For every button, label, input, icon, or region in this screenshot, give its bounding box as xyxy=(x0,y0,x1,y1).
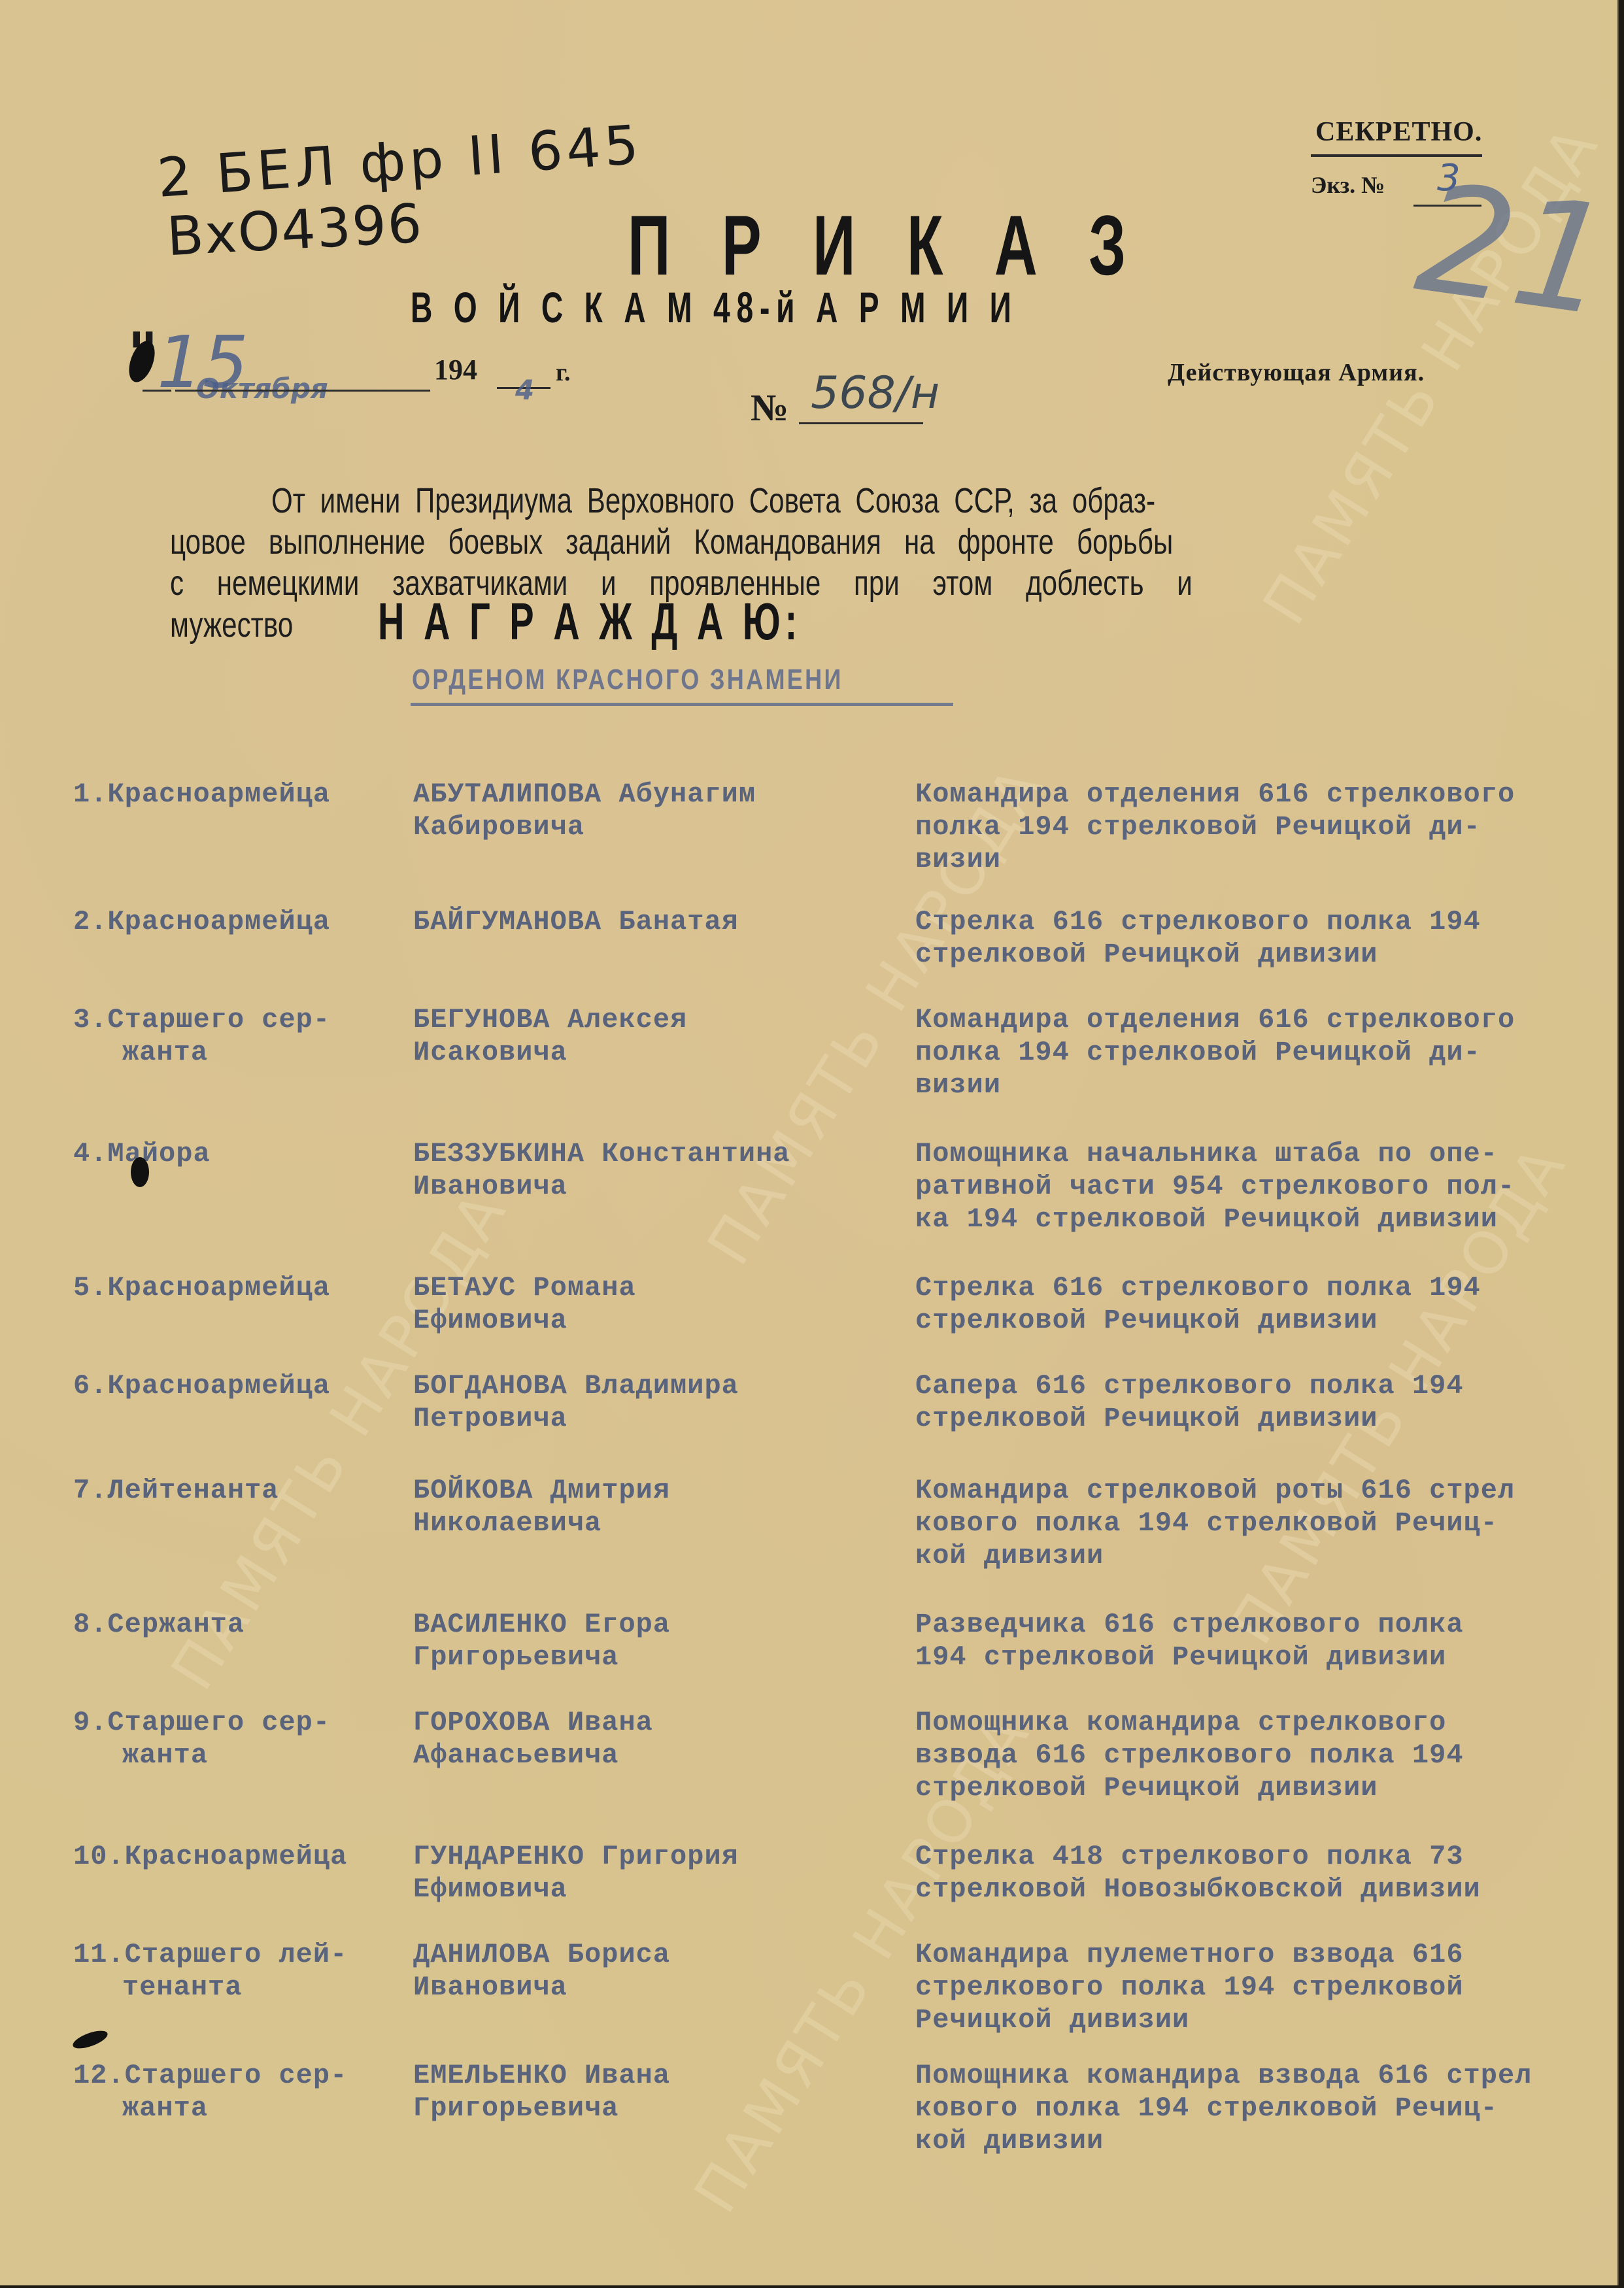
entry-rank-cell: 6.Красноармейца xyxy=(73,1370,330,1402)
entry-name-line: ГУНДАРЕНКО Григория xyxy=(413,1840,739,1873)
entry-name-line: ЕМЕЛЬЕНКО Ивана xyxy=(413,2059,670,2092)
entry-name-line: БАЙГУМАНОВА Банатая xyxy=(413,905,739,938)
entry-rank: Лейтенанта xyxy=(107,1475,279,1506)
entry-position-line: полка 194 стрелковой Речицкой ди- xyxy=(915,811,1515,843)
entry-rank-cell: 11.Старшего лей-тенанта xyxy=(73,1938,347,2004)
entry-number: 8. xyxy=(73,1609,107,1640)
order-number-underline xyxy=(799,422,923,424)
entry-name-line: БЕЗЗУБКИНА Константина xyxy=(413,1137,790,1170)
entry-name: ЕМЕЛЬЕНКО ИванаГригорьевича xyxy=(413,2059,670,2125)
entry-name-line: Николаевича xyxy=(413,1507,670,1539)
entry-name: АБУТАЛИПОВА АбунагимКабировича xyxy=(413,778,756,843)
entry-position: Стрелка 616 стрелкового полка 194стрелко… xyxy=(915,905,1481,971)
entry-rank: Старшего сер- xyxy=(107,1707,330,1738)
entry-position: Командира отделения 616 стрелковогополка… xyxy=(915,778,1515,876)
entry-position-line: кой дивизии xyxy=(915,1539,1515,1572)
entry-name: БОЙКОВА ДмитрияНиколаевича xyxy=(413,1474,670,1539)
date-year-prefix: 194 xyxy=(434,353,477,386)
entry-position-line: Командира стрелковой роты 616 стрел xyxy=(915,1474,1515,1507)
preamble: От имени Президиума Верховного Совета Со… xyxy=(170,480,1491,650)
entry-position: Помощника начальника штаба по опе-ративн… xyxy=(915,1137,1515,1236)
entry-rank: Сержанта xyxy=(107,1609,245,1640)
entry-rank-cell: 3.Старшего сер-жанта xyxy=(73,1003,330,1069)
entry-position-line: Помощника начальника штаба по опе- xyxy=(915,1137,1515,1170)
entry-position-line: Помощника командира стрелкового xyxy=(915,1706,1464,1739)
margin-mark: 21 xyxy=(1408,151,1621,350)
entry-position: Командира стрелковой роты 616 стрелковог… xyxy=(915,1474,1515,1572)
entry-position-line: визии xyxy=(915,843,1515,876)
entry-position-line: стрелковой Речицкой дивизии xyxy=(915,1304,1481,1337)
award-heading-underline xyxy=(411,703,953,706)
entry-number: 11. xyxy=(73,1939,125,1970)
entry-name-line: Ивановича xyxy=(413,1170,790,1203)
entry-name-line: БОГДАНОВА Владимира xyxy=(413,1370,739,1402)
entry-name: ДАНИЛОВА БорисаИвановича xyxy=(413,1938,670,2004)
entry-name: БЕЗЗУБКИНА КонстантинаИвановича xyxy=(413,1137,790,1203)
entry-position-line: Речицкой дивизии xyxy=(915,2004,1464,2036)
entry-rank: Старшего сер- xyxy=(125,2060,348,2091)
entry-rank-cell: 8.Сержанта xyxy=(73,1608,245,1641)
entry-name: БАЙГУМАНОВА Банатая xyxy=(413,905,739,938)
punch-hole xyxy=(131,1157,149,1187)
entry-rank: Старшего лей- xyxy=(125,1939,348,1970)
copy-label: Экз. № xyxy=(1311,171,1385,199)
entry-number: 3. xyxy=(73,1004,107,1035)
preamble-line-2: цовое выполнение боевых заданий Командов… xyxy=(170,522,1173,562)
entry-position-line: ка 194 стрелковой Речицкой дивизии xyxy=(915,1203,1515,1236)
entry-position-line: Стрелка 616 стрелкового полка 194 xyxy=(915,905,1481,938)
entry-position: Помощника командира взвода 616 стрелково… xyxy=(915,2059,1532,2157)
entry-rank-continuation: жанта xyxy=(73,1036,330,1069)
entry-name-line: Ефимовича xyxy=(413,1304,636,1337)
location-label: Действующая Армия. xyxy=(1168,358,1425,387)
entry-position-line: кой дивизии xyxy=(915,2125,1532,2157)
entry-position: Сапера 616 стрелкового полка 194стрелков… xyxy=(915,1370,1464,1435)
entry-name-line: Исаковича xyxy=(413,1036,687,1069)
entry-rank: Красноармейца xyxy=(125,1841,348,1872)
entry-rank-continuation: жанта xyxy=(73,2092,347,2125)
date-day-underline xyxy=(143,390,171,392)
entry-name: ГУНДАРЕНКО ГригорияЕфимовича xyxy=(413,1840,739,1906)
entry-position-line: кового полка 194 стрелковой Речиц- xyxy=(915,2092,1532,2125)
entry-rank-cell: 9.Старшего сер-жанта xyxy=(73,1706,330,1772)
date-month: Октября xyxy=(196,373,328,405)
entry-name-line: Григорьевича xyxy=(413,1641,670,1674)
entry-rank: Красноармейца xyxy=(107,779,330,810)
entry-number: 7. xyxy=(73,1475,107,1506)
entry-name: БЕТАУС РоманаЕфимовича xyxy=(413,1271,636,1337)
entry-number: 4. xyxy=(73,1138,107,1169)
entry-position-line: стрелковой Речицкой дивизии xyxy=(915,1772,1464,1804)
entry-rank: Красноармейца xyxy=(107,1370,330,1402)
entry-position-line: кового полка 194 стрелковой Речиц- xyxy=(915,1507,1515,1539)
entry-position: Помощника командира стрелковоговзвода 61… xyxy=(915,1706,1464,1804)
entry-position-line: стрелковой Новозыбковской дивизии xyxy=(915,1873,1481,1906)
entry-position: Стрелка 418 стрелкового полка 73стрелков… xyxy=(915,1840,1481,1906)
entry-name-line: Ефимовича xyxy=(413,1873,739,1906)
entry-position-line: Разведчика 616 стрелкового полка xyxy=(915,1608,1464,1641)
entry-name: ГОРОХОВА ИванаАфанасьевича xyxy=(413,1706,653,1772)
entry-number: 10. xyxy=(73,1841,125,1872)
entry-name: БЕГУНОВА АлексеяИсаковича xyxy=(413,1003,687,1069)
entry-name-line: Кабировича xyxy=(413,811,756,843)
date-month-underline xyxy=(175,390,430,392)
entry-name-line: ГОРОХОВА Ивана xyxy=(413,1706,653,1739)
entry-name-line: Ивановича xyxy=(413,1971,670,2004)
preamble-line-1: От имени Президиума Верховного Совета Со… xyxy=(271,480,1155,521)
entry-number: 2. xyxy=(73,906,107,937)
entry-position-line: визии xyxy=(915,1069,1515,1102)
entry-name: ВАСИЛЕНКО ЕгораГригорьевича xyxy=(413,1608,670,1674)
entry-rank: Красноармейца xyxy=(107,1272,330,1304)
entry-position-line: стрелковой Речицкой дивизии xyxy=(915,938,1481,971)
entry-position-line: Командира отделения 616 стрелкового xyxy=(915,1003,1515,1036)
entry-name-line: Григорьевича xyxy=(413,2092,670,2125)
entry-name-line: ВАСИЛЕНКО Егора xyxy=(413,1608,670,1641)
preamble-line-4-lead: мужество xyxy=(170,605,293,645)
entry-name-line: БЕГУНОВА Алексея xyxy=(413,1003,687,1036)
entry-position-line: Командира отделения 616 стрелкового xyxy=(915,778,1515,811)
archive-stamp-line2: ВхО4396 xyxy=(165,193,424,268)
document-page: ПАМЯТЬ НАРОДА ПАМЯТЬ НАРОДА ПАМЯТЬ НАРОД… xyxy=(0,0,1619,2285)
entry-position-line: Помощника командира взвода 616 стрел xyxy=(915,2059,1532,2092)
entry-rank-cell: 1.Красноармейца xyxy=(73,778,330,811)
entry-rank: Старшего сер- xyxy=(107,1004,330,1035)
entry-rank-cell: 5.Красноармейца xyxy=(73,1271,330,1304)
entry-position: Командира пулеметного взвода 616стрелков… xyxy=(915,1938,1464,2036)
entry-name-line: Петровича xyxy=(413,1402,739,1435)
order-number: 568/н xyxy=(811,367,939,419)
entry-number: 12. xyxy=(73,2060,125,2091)
entry-position-line: Стрелка 418 стрелкового полка 73 xyxy=(915,1840,1481,1873)
entry-name-line: БЕТАУС Романа xyxy=(413,1271,636,1304)
entry-number: 9. xyxy=(73,1707,107,1738)
entry-rank: Майора xyxy=(107,1138,210,1169)
entry-position-line: Сапера 616 стрелкового полка 194 xyxy=(915,1370,1464,1402)
award-verb: Н А Г Р А Ж Д А Ю: xyxy=(378,592,802,652)
date-year-unit: г. xyxy=(556,358,570,387)
entry-number: 6. xyxy=(73,1370,107,1402)
entry-position-line: стрелкового полка 194 стрелковой xyxy=(915,1971,1464,2004)
entry-name: БОГДАНОВА ВладимираПетровича xyxy=(413,1370,739,1435)
entry-position-line: Командира пулеметного взвода 616 xyxy=(915,1938,1464,1971)
entry-position: Стрелка 616 стрелкового полка 194стрелко… xyxy=(915,1271,1481,1337)
entry-name-line: ДАНИЛОВА Бориса xyxy=(413,1938,670,1971)
entry-position: Разведчика 616 стрелкового полка194 стре… xyxy=(915,1608,1464,1674)
document-subtitle: В О Й С К А М 48-й А Р М И И xyxy=(411,282,1018,332)
entry-position: Командира отделения 616 стрелковогополка… xyxy=(915,1003,1515,1102)
entry-name-line: АБУТАЛИПОВА Абунагим xyxy=(413,778,756,811)
entry-number: 5. xyxy=(73,1272,107,1304)
order-number-label: № xyxy=(751,386,788,429)
entry-name-line: Афанасьевича xyxy=(413,1739,653,1772)
classification-label: СЕКРЕТНО. xyxy=(1315,116,1482,148)
document-title: П Р И К А З xyxy=(628,196,1143,294)
entry-position-line: Стрелка 616 стрелкового полка 194 xyxy=(915,1271,1481,1304)
entry-rank: Красноармейца xyxy=(107,906,330,937)
entry-name-line: БОЙКОВА Дмитрия xyxy=(413,1474,670,1507)
entry-position-line: стрелковой Речицкой дивизии xyxy=(915,1402,1464,1435)
punch-hole xyxy=(71,2027,109,2052)
entry-position-line: 194 стрелковой Речицкой дивизии xyxy=(915,1641,1464,1674)
entry-position-line: полка 194 стрелковой Речицкой ди- xyxy=(915,1036,1515,1069)
date-year-suffix: 4 xyxy=(515,374,534,406)
entry-position-line: ративной части 954 стрелкового пол- xyxy=(915,1170,1515,1203)
entry-rank-continuation: тенанта xyxy=(73,1971,347,2004)
entry-position-line: взвода 616 стрелкового полка 194 xyxy=(915,1739,1464,1772)
entry-rank-cell: 10.Красноармейца xyxy=(73,1840,347,1873)
entry-rank-cell: 2.Красноармейца xyxy=(73,905,330,938)
entry-rank-cell: 12.Старшего сер-жанта xyxy=(73,2059,347,2125)
award-heading: ОРДЕНОМ КРАСНОГО ЗНАМЕНИ xyxy=(412,664,843,696)
entry-number: 1. xyxy=(73,779,107,810)
entry-rank-cell: 7.Лейтенанта xyxy=(73,1474,279,1507)
entry-rank-continuation: жанта xyxy=(73,1739,330,1772)
